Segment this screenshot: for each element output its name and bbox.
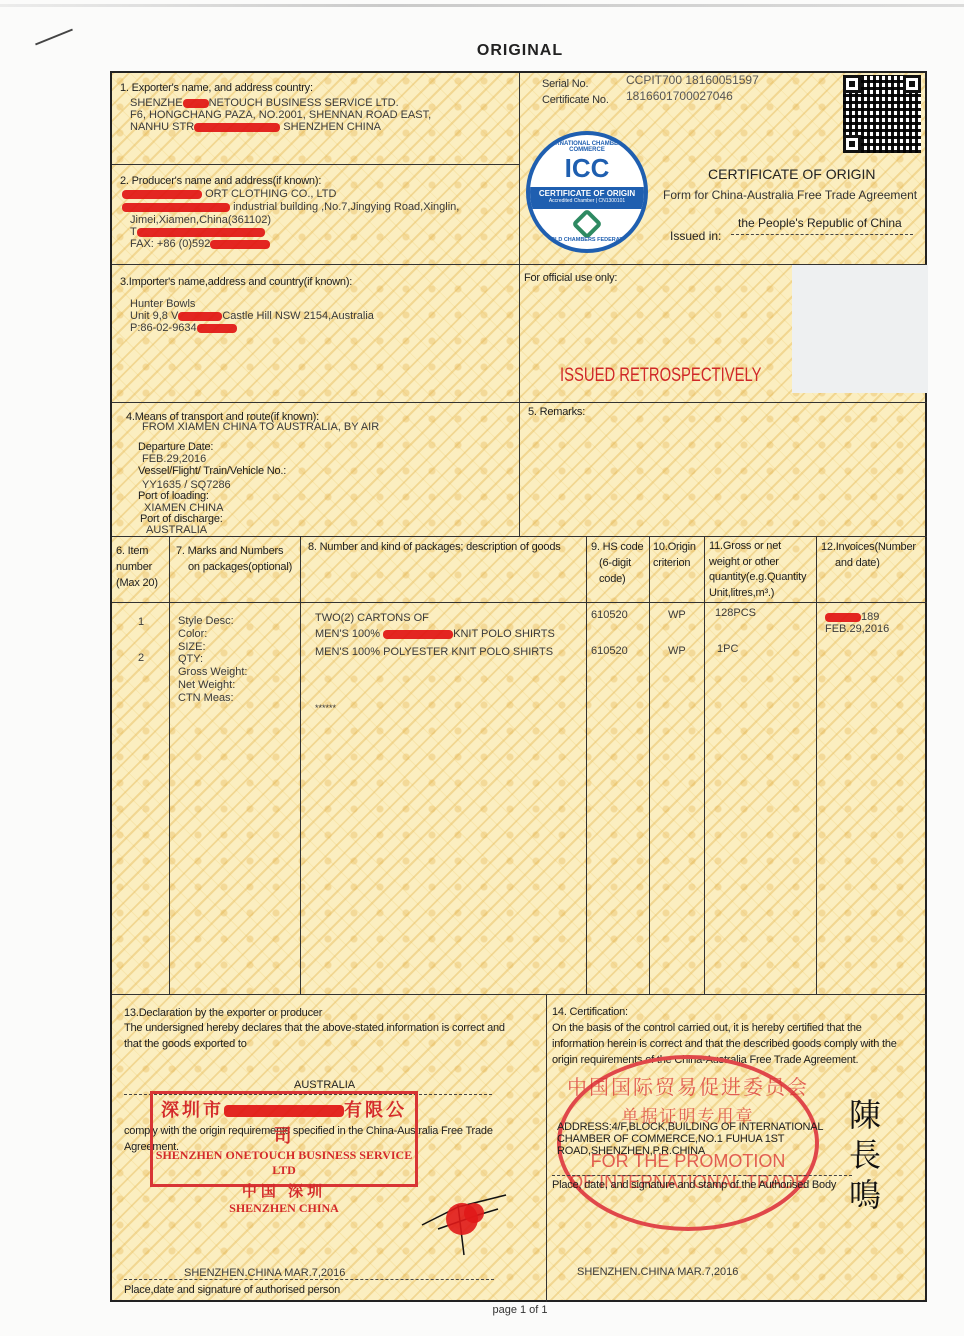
origin-criterion: WP bbox=[668, 609, 686, 621]
authority-signature: 陳 長 鳴 bbox=[849, 1095, 879, 1215]
declaration-label: 13.Declaration by the exporter or produc… bbox=[124, 1007, 322, 1019]
port-loading-label: Port of loading: bbox=[138, 490, 209, 502]
producer-line-2: industrial building ,No.7,Jingying Road,… bbox=[122, 201, 459, 213]
col-description: TWO(2) CARTONS OF MEN'S 100% KNIT POLO S… bbox=[301, 603, 587, 995]
importer-name: Hunter Bowls bbox=[130, 298, 195, 310]
quantity: 1PC bbox=[717, 643, 738, 655]
col-invoice-header: 12.Invoices(Numberand date) bbox=[817, 537, 927, 603]
official-use-label: For official use only: bbox=[524, 272, 617, 284]
exporter-signature bbox=[418, 1185, 514, 1265]
col-origin: WP WP bbox=[650, 603, 705, 995]
col-item: 1 2 bbox=[112, 603, 170, 995]
serial-label: Serial No. bbox=[542, 78, 588, 90]
col-origin-header: 10.Origincriterion bbox=[650, 537, 705, 603]
page-number: page 1 of 1 bbox=[0, 1304, 964, 1316]
box-transport: 4.Means of transport and route(if known)… bbox=[112, 403, 520, 537]
icc-logo-icon: ICC bbox=[530, 153, 644, 184]
authority-address: ADDRESS:4/F,BLOCK,BUILDING OF INTERNATIO… bbox=[557, 1121, 823, 1133]
packages-description: TWO(2) CARTONS OF bbox=[315, 612, 429, 624]
importer-address: Unit 9,8 VCastle Hill NSW 2154,Australia bbox=[130, 310, 374, 322]
col-hs-header: 9. HS code(6-digitcode) bbox=[587, 537, 650, 603]
destination-country: AUSTRALIA bbox=[294, 1079, 355, 1091]
box-producer: 2. Producer's name and address(if known)… bbox=[112, 165, 520, 265]
importer-phone: P:86-02-9634 bbox=[130, 322, 237, 334]
col-quantity: 128PCS 1PC bbox=[705, 603, 817, 995]
certification-text: On the basis of the control carried out,… bbox=[552, 1022, 862, 1034]
invoice-date: FEB.29,2016 bbox=[825, 623, 889, 635]
producer-line-3: Jimei,Xiamen,China(361102) bbox=[130, 214, 271, 226]
certification-label: 14. Certification: bbox=[552, 1006, 628, 1018]
certificate-label: Certificate No. bbox=[542, 94, 609, 106]
authority-address: CHAMBER OF COMMERCE,NO.1 FUHUA 1ST bbox=[557, 1133, 784, 1145]
exporter-line-2: F6, HONGCHANG PAZA, NO.2001, SHENNAN ROA… bbox=[130, 109, 431, 121]
hs-code: 610520 bbox=[591, 645, 628, 657]
scan-edge bbox=[0, 4, 964, 7]
exporter-place-date: SHENZHEN.CHINA MAR.7,2016 bbox=[184, 1267, 345, 1279]
declaration-text: that the goods exported to bbox=[124, 1038, 247, 1050]
col-invoice: 189 FEB.29,2016 bbox=[817, 603, 927, 995]
goods-description-row-2: MEN'S 100% POLYESTER KNIT POLO SHIRTS bbox=[315, 646, 553, 658]
exporter-line-1: SHENZHENETOUCH BUSINESS SERVICE LTD. bbox=[130, 97, 399, 109]
hs-code: 610520 bbox=[591, 609, 628, 621]
exporter-signature-label: Place,date and signature of authorised p… bbox=[124, 1284, 340, 1296]
serial-number: CCPIT700 18160051597 bbox=[626, 73, 759, 87]
issued-retrospectively-stamp: ISSUED RETROSPECTIVELY bbox=[560, 365, 761, 387]
box-exporter: 1. Exporter's name, and address country:… bbox=[112, 73, 520, 165]
end-mark: ****** bbox=[315, 703, 336, 713]
certificate-header: Serial No. CCPIT700 18160051597 Certific… bbox=[520, 73, 927, 265]
wcf-logo-icon bbox=[571, 208, 602, 239]
box-declaration: 13.Declaration by the exporter or produc… bbox=[112, 995, 547, 1302]
quantity: 128PCS bbox=[715, 607, 756, 619]
certificate-form: 1. Exporter's name, and address country:… bbox=[110, 71, 927, 1302]
exporter-company-stamp: 深圳市有限公司 SHENZHEN ONETOUCH BUSINESS SERVI… bbox=[150, 1091, 418, 1187]
producer-line-4: T bbox=[130, 226, 265, 238]
certification-text: information herein is correct and that t… bbox=[552, 1038, 897, 1050]
document-heading: ORIGINAL bbox=[0, 42, 964, 60]
goods-description-row-1: MEN'S 100% KNIT POLO SHIRTS bbox=[315, 628, 555, 640]
issued-in-label: Issued in: bbox=[670, 229, 721, 243]
box-official-use: For official use only: ISSUED RETROSPECT… bbox=[520, 265, 927, 403]
departure-date: FEB.29,2016 bbox=[142, 453, 206, 465]
item-number: 2 bbox=[138, 652, 144, 664]
vessel-label: Vessel/Flight/ Train/Vehicle No.: bbox=[138, 465, 286, 477]
departure-date-label: Departure Date: bbox=[138, 441, 213, 453]
icc-seal: INTERNATIONAL CHAMBER OF COMMERCE ICC CE… bbox=[526, 131, 648, 253]
importer-label: 3.Importer's name,address and country(if… bbox=[120, 276, 352, 288]
exporter-label: 1. Exporter's name, and address country: bbox=[120, 82, 313, 94]
item-number: 1 bbox=[138, 616, 144, 628]
marks-list: Style Desc:Color:SIZE:QTY:Gross Weight:N… bbox=[178, 615, 248, 705]
authority-signature-label: Place, date, and signature and stamp of … bbox=[552, 1179, 836, 1191]
box-certification: 14. Certification: On the basis of the c… bbox=[547, 995, 927, 1302]
origin-criterion: WP bbox=[668, 645, 686, 657]
issued-in-value: the People's Republic of China bbox=[738, 216, 902, 230]
col-item-header: 6. Itemnumber(Max 20) bbox=[112, 537, 170, 603]
box-importer: 3.Importer's name,address and country(if… bbox=[112, 265, 520, 403]
box-remarks: 5. Remarks: bbox=[520, 403, 927, 537]
invoice-number: 189 bbox=[825, 611, 879, 623]
certificate-subtitle: Form for China-Australia Free Trade Agre… bbox=[663, 188, 917, 202]
certificate-number: 1816601700027046 bbox=[626, 89, 733, 103]
col-qty-header: 11.Gross or netweight or otherquantity(e… bbox=[705, 537, 817, 603]
producer-line-5: FAX: +86 (0)592 bbox=[130, 238, 270, 250]
col-desc-header: 8. Number and kind of packages; descript… bbox=[301, 537, 587, 603]
certificate-title: CERTIFICATE OF ORIGIN bbox=[708, 166, 876, 182]
declaration-text: The undersigned hereby declares that the… bbox=[124, 1022, 505, 1034]
col-marks: Style Desc:Color:SIZE:QTY:Gross Weight:N… bbox=[170, 603, 301, 995]
hologram-area bbox=[792, 265, 928, 393]
qr-code-icon bbox=[843, 75, 921, 153]
producer-label: 2. Producer's name and address(if known)… bbox=[120, 175, 321, 187]
col-hs-code: 610520 610520 bbox=[587, 603, 650, 995]
transport-route: FROM XIAMEN CHINA TO AUSTRALIA, BY AIR bbox=[142, 421, 379, 433]
producer-line-1: ORT CLOTHING CO., LTD bbox=[122, 188, 336, 200]
remarks-label: 5. Remarks: bbox=[528, 406, 585, 418]
col-marks-header: 7. Marks and Numberson packages(optional… bbox=[170, 537, 301, 603]
authority-place-date: SHENZHEN.CHINA MAR.7,2016 bbox=[577, 1266, 738, 1278]
exporter-line-3: NANHU STR SHENZHEN CHINA bbox=[130, 121, 381, 133]
authority-address: ROAD,SHENZHEN,P.R.CHINA bbox=[557, 1145, 705, 1157]
port-discharge: AUSTRALIA bbox=[146, 524, 207, 536]
